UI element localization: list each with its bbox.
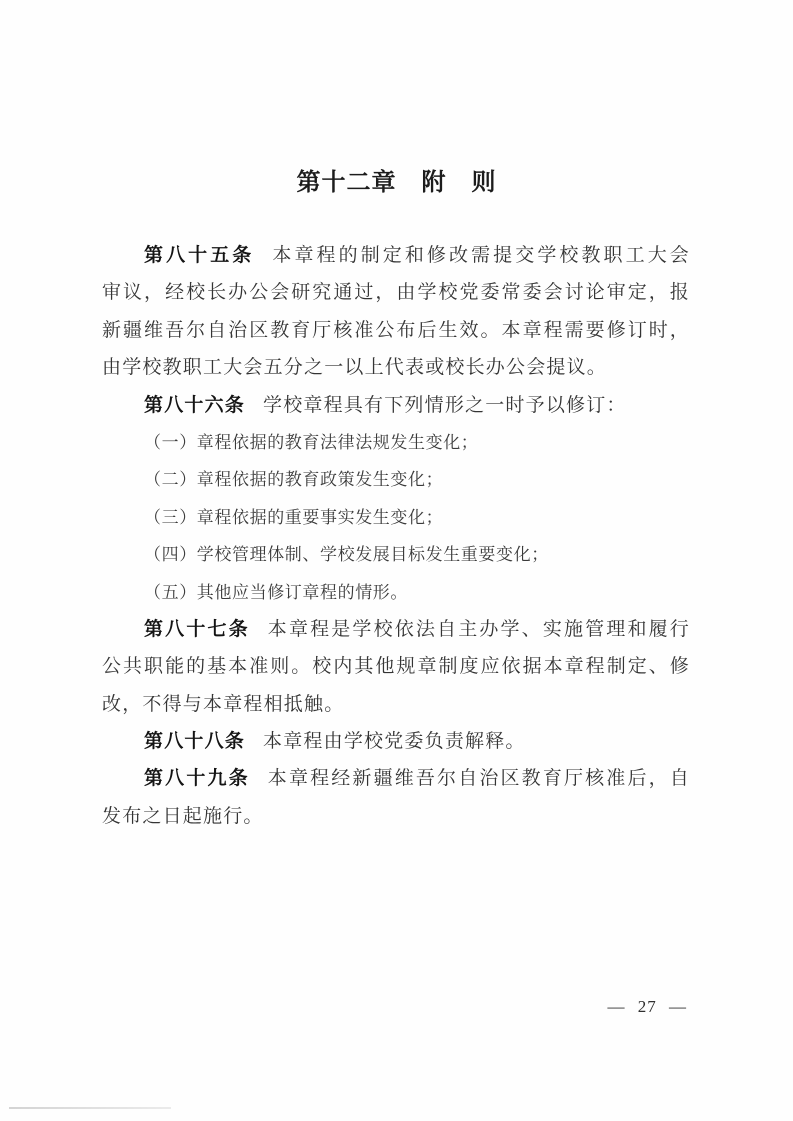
text-line: （四）学校管理体制、学校发展目标发生重要变化； — [102, 536, 690, 573]
line-text: 学校章程具有下列情形之一时予以修订： — [263, 395, 627, 416]
line-text: 本章程是学校依法自主办学、实施管理和履行 — [268, 619, 690, 640]
text-line: 新疆维吾尔自治区教育厅核准公布后生效。本章程需要修订时， — [102, 312, 690, 349]
line-text: （三）章程依据的重要事实发生变化； — [144, 508, 443, 527]
line-text: （五）其他应当修订章程的情形。 — [144, 583, 408, 602]
article-number-label: 第八十七条 — [144, 619, 250, 640]
chapter-title: 第十二章 附 则 — [0, 167, 793, 199]
text-line: （五）其他应当修订章程的情形。 — [102, 574, 690, 611]
text-line: 由学校教职工大会五分之一以上代表或校长办公会提议。 — [102, 349, 690, 386]
line-text: 本章程的制定和修改需提交学校教职工大会 — [272, 245, 690, 266]
text-line: （二）章程依据的教育政策发生变化； — [102, 461, 690, 498]
text-line: 发布之日起施行。 — [102, 798, 690, 835]
line-text: 改，不得与本章程相抵触。 — [102, 694, 344, 715]
line-text: 发布之日起施行。 — [102, 806, 264, 827]
line-text: 新疆维吾尔自治区教育厅核准公布后生效。本章程需要修订时， — [102, 320, 690, 341]
document-body: 第八十五条本章程的制定和修改需提交学校教职工大会审议，经校长办公会研究通过，由学… — [102, 237, 690, 835]
text-line: 第八十六条学校章程具有下列情形之一时予以修订： — [102, 387, 690, 424]
scan-artifact-line — [9, 1107, 171, 1109]
text-line: 审议，经校长办公会研究通过，由学校党委常委会讨论审定，报 — [102, 274, 690, 311]
document-page: 第十二章 附 则 第八十五条本章程的制定和修改需提交学校教职工大会审议，经校长办… — [0, 0, 793, 1121]
article-number-label: 第八十六条 — [144, 395, 245, 416]
text-line: 第八十七条本章程是学校依法自主办学、实施管理和履行 — [102, 611, 690, 648]
text-line: 第八十五条本章程的制定和修改需提交学校教职工大会 — [102, 237, 690, 274]
line-text: 由学校教职工大会五分之一以上代表或校长办公会提议。 — [102, 357, 607, 378]
text-line: 第八十八条本章程由学校党委负责解释。 — [102, 723, 690, 760]
text-line: （三）章程依据的重要事实发生变化； — [102, 499, 690, 536]
line-text: 本章程经新疆维吾尔自治区教育厅核准后，自 — [268, 768, 690, 789]
text-line: 改，不得与本章程相抵触。 — [102, 686, 690, 723]
article-number-label: 第八十八条 — [144, 731, 245, 752]
line-text: （四）学校管理体制、学校发展目标发生重要变化； — [144, 545, 549, 564]
line-text: （一）章程依据的教育法律法规发生变化； — [144, 433, 478, 452]
article-number-label: 第八十九条 — [144, 768, 250, 789]
text-line: 第八十九条本章程经新疆维吾尔自治区教育厅核准后，自 — [102, 760, 690, 797]
line-text: 本章程由学校党委负责解释。 — [263, 731, 526, 752]
text-line: 公共职能的基本准则。校内其他规章制度应依据本章程制定、修 — [102, 648, 690, 685]
line-text: （二）章程依据的教育政策发生变化； — [144, 470, 443, 489]
text-line: （一）章程依据的教育法律法规发生变化； — [102, 424, 690, 461]
line-text: 审议，经校长办公会研究通过，由学校党委常委会讨论审定，报 — [102, 282, 690, 303]
article-number-label: 第八十五条 — [144, 245, 254, 266]
page-number: — 27 — — [608, 997, 688, 1017]
line-text: 公共职能的基本准则。校内其他规章制度应依据本章程制定、修 — [102, 656, 690, 677]
